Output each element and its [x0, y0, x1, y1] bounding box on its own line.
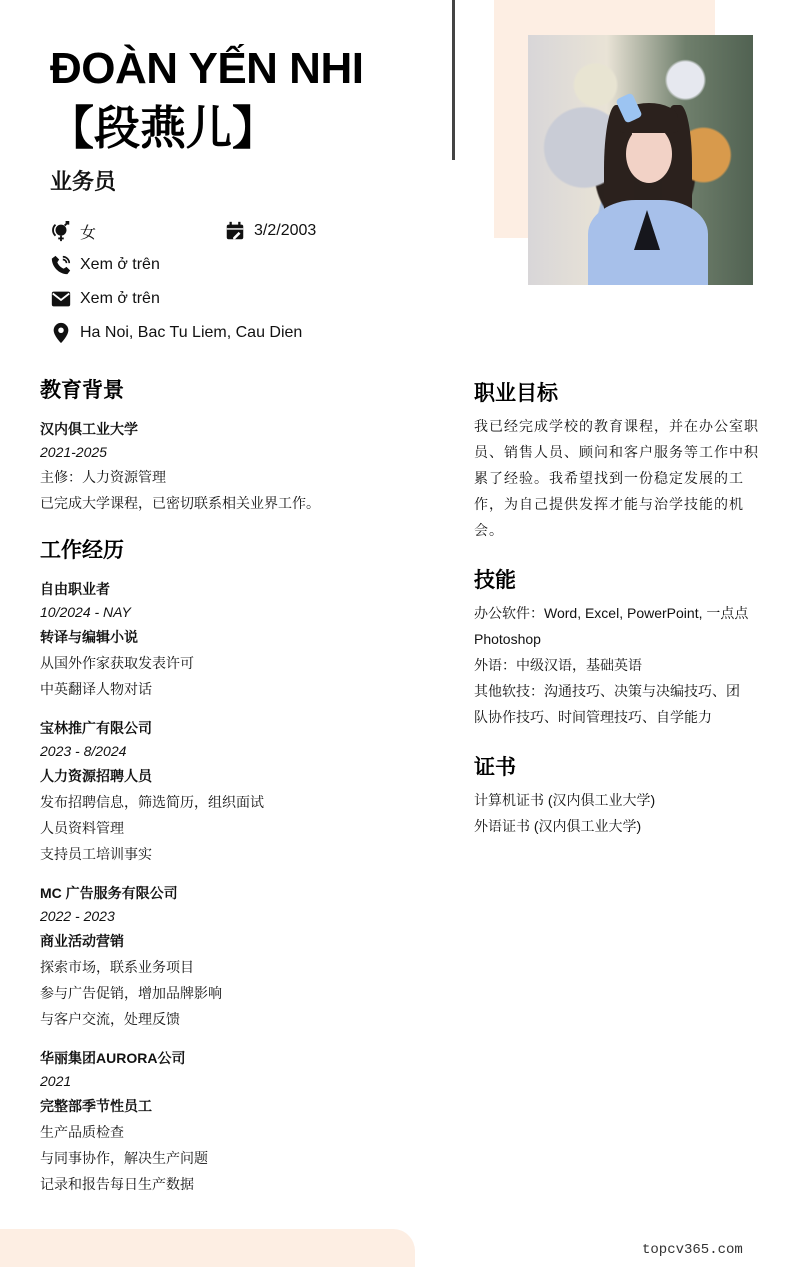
experience-role: 商业活动营销 [40, 928, 124, 954]
education-note: 已完成大学课程，已密切联系相关业界工作。 [40, 490, 320, 516]
job-title: 业务员 [50, 168, 116, 196]
skills-line: 办公软件：Word, Excel, PowerPoint, 一点点 [474, 600, 748, 626]
certificate-item: 外语证书 (汉内俱工业大学) [474, 813, 641, 839]
phone-value: Xem ở trên [80, 256, 160, 274]
info-gender: 女 [50, 220, 96, 243]
gender-icon [50, 221, 72, 243]
objective-line: 作，为自己提供发挥才能与治学技能的机 [474, 491, 744, 517]
section-title-skills: 技能 [474, 567, 516, 595]
phone-icon [50, 254, 72, 276]
experience-task: 发布招聘信息，筛选简历，组织面试 [40, 789, 264, 815]
experience-period: 2023 - 8/2024 [40, 738, 126, 764]
candidate-name: ĐOÀN YẾN NHI [50, 43, 363, 95]
profile-photo [528, 35, 753, 285]
birthday-value: 3/2/2003 [254, 222, 316, 240]
experience-role: 完整部季节性员工 [40, 1093, 152, 1119]
experience-task: 支持员工培训事实 [40, 841, 152, 867]
email-icon [50, 288, 72, 310]
education-period: 2021-2025 [40, 439, 107, 465]
candidate-name-chinese: 【段燕儿】 [48, 98, 278, 158]
email-value: Xem ở trên [80, 290, 160, 308]
section-title-experience: 工作经历 [40, 537, 124, 565]
experience-period: 2021 [40, 1068, 71, 1094]
experience-task: 记录和报告每日生产数据 [40, 1171, 194, 1197]
skills-line: 外语：中级汉语，基础英语 [474, 652, 642, 678]
objective-line: 会。 [474, 517, 504, 543]
experience-period: 2022 - 2023 [40, 903, 115, 929]
experience-role: 转译与编辑小说 [40, 624, 138, 650]
experience-task: 探索市场，联系业务项目 [40, 954, 194, 980]
experience-role: 人力资源招聘人员 [40, 763, 152, 789]
info-email: Xem ở trên [50, 288, 160, 310]
info-phone: Xem ở trên [50, 254, 160, 276]
experience-period: 10/2024 - NAY [40, 599, 131, 625]
experience-task: 参与广告促销，增加品牌影响 [40, 980, 222, 1006]
gender-value: 女 [80, 220, 96, 243]
section-title-certificates: 证书 [474, 754, 516, 782]
address-value: Ha Noi, Bac Tu Liem, Cau Dien [80, 324, 302, 342]
decorative-peach-footer [0, 1229, 415, 1267]
header-divider [452, 0, 455, 160]
skills-line: 队协作技巧、时间管理技巧、自学能力 [474, 704, 712, 730]
info-address: Ha Noi, Bac Tu Liem, Cau Dien [50, 322, 302, 344]
footer-brand: topcv365.com [642, 1242, 743, 1258]
objective-line: 我已经完成学校的教育课程，并在办公室职 [474, 413, 759, 439]
skills-line: 其他软技：沟通技巧、决策与决编技巧、团 [474, 678, 740, 704]
certificate-item: 计算机证书 (汉内俱工业大学) [474, 787, 655, 813]
experience-task: 与同事协作，解决生产问题 [40, 1145, 208, 1171]
section-title-education: 教育背景 [40, 377, 124, 405]
education-major: 主修：人力资源管理 [40, 464, 166, 490]
calendar-icon [224, 220, 246, 242]
experience-task: 从国外作家获取发表许可 [40, 650, 194, 676]
section-title-objective: 职业目标 [474, 380, 558, 408]
skills-line: Photoshop [474, 626, 541, 652]
info-birthday: 3/2/2003 [224, 220, 316, 242]
experience-task: 中英翻译人物对话 [40, 676, 152, 702]
objective-line: 累了经验。我希望找到一份稳定发展的工 [474, 465, 744, 491]
objective-line: 员、销售人员、顾问和客户服务等工作中积 [474, 439, 759, 465]
experience-task: 人员资料管理 [40, 815, 124, 841]
experience-task: 生产品质检查 [40, 1119, 124, 1145]
location-pin-icon [50, 322, 72, 344]
experience-task: 与客户交流，处理反馈 [40, 1006, 180, 1032]
